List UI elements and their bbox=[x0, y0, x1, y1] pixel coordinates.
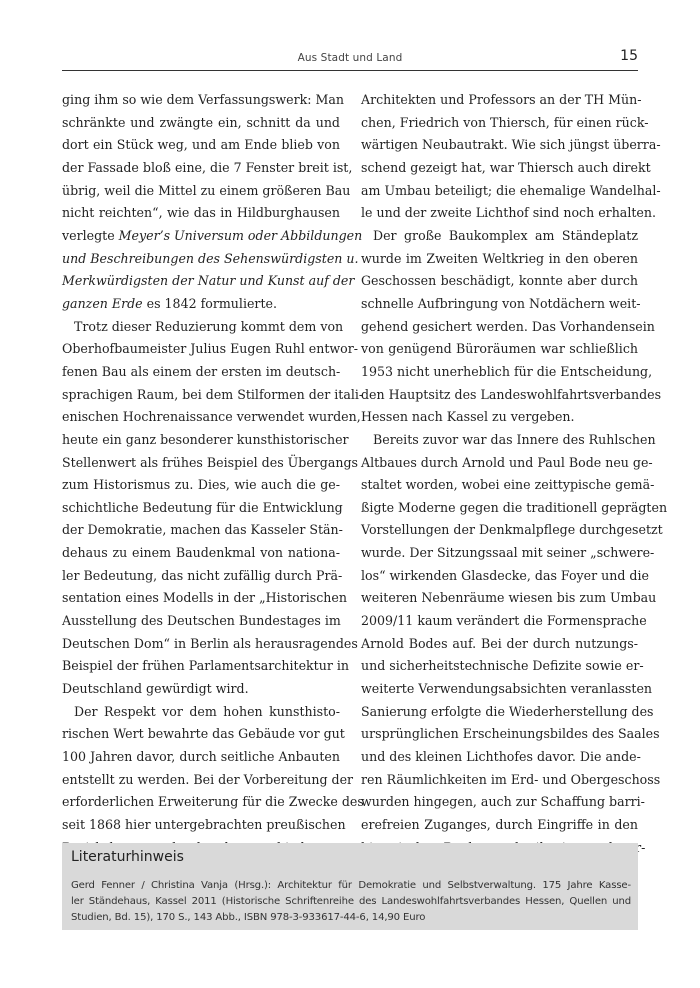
text-line: Hessen nach Kassel zu vergeben. bbox=[361, 406, 638, 429]
paragraph: Bereits zuvor war das Innere des Ruhlsch… bbox=[361, 429, 638, 452]
text-line: und Beschreibungen des Sehenswürdigsten … bbox=[62, 248, 340, 271]
text-line: dehaus zu einem Baudenkmal von nationa- bbox=[62, 542, 340, 565]
text-line: Beispiel der frühen Parlamentsarchitektu… bbox=[62, 655, 340, 678]
text-line: wurde im Zweiten Weltkrieg in den oberen bbox=[361, 248, 638, 271]
text-line: enischen Hochrenaissance verwendet wurde… bbox=[62, 406, 340, 429]
literature-reference: Gerd Fenner / Christina Vanja (Hrsg.): A… bbox=[71, 878, 631, 926]
header-rule bbox=[62, 70, 638, 71]
text-line: los“ wirkenden Glasdecke, das Foyer und … bbox=[361, 565, 638, 588]
text-line: Bereits zuvor war das Innere des Ruhlsch… bbox=[373, 429, 638, 452]
page-number: 15 bbox=[620, 48, 638, 64]
text-line: Der große Baukomplex am Ständeplatz bbox=[373, 225, 638, 248]
text-line: Merkwürdigsten der Natur und Kunst auf d… bbox=[62, 270, 340, 293]
document-page: Aus Stadt und Land 15 ging ihm so wie de… bbox=[0, 0, 700, 988]
text-line: le und der zweite Lichthof sind noch erh… bbox=[361, 202, 638, 225]
text-line: rischen Wert bewahrte das Gebäude vor gu… bbox=[62, 723, 340, 746]
text-line: 1953 nicht unerheblich für die Entscheid… bbox=[361, 361, 638, 384]
text-line: Altbaues durch Arnold und Paul Bode neu … bbox=[361, 452, 638, 475]
text-line: schränkte und zwängte ein, schnitt da un… bbox=[62, 112, 340, 135]
text-line: Vorstellungen der Denkmalpflege durchges… bbox=[361, 519, 638, 542]
text-line: Stellenwert als frühes Beispiel des Über… bbox=[62, 452, 340, 475]
text-line: nicht reichten“, wie das in Hildburghaus… bbox=[62, 202, 340, 225]
text-line: gehend gesichert werden. Das Vorhandense… bbox=[361, 316, 638, 339]
running-header: Aus Stadt und Land 15 bbox=[62, 48, 638, 68]
text-line: der Demokratie, machen das Kasseler Stän… bbox=[62, 519, 340, 542]
running-title: Aus Stadt und Land bbox=[62, 52, 638, 64]
literature-box: Literaturhinweis Gerd Fenner / Christina… bbox=[62, 843, 638, 930]
paragraph: Trotz dieser Reduzierung kommt dem von bbox=[62, 316, 340, 339]
text-line: ßigte Moderne gegen die traditionell gep… bbox=[361, 497, 638, 520]
text-line: Geschossen beschädigt, konnte aber durch bbox=[361, 270, 638, 293]
text-line: erforderlichen Erweiterung für die Zweck… bbox=[62, 791, 340, 814]
text-line: wärtigen Neubautrakt. Wie sich jüngst üb… bbox=[361, 134, 638, 157]
text-line: Architekten und Professors an der TH Mün… bbox=[361, 89, 638, 112]
paragraph: Altbaues durch Arnold und Paul Bode neu … bbox=[361, 452, 638, 905]
text-line: 100 Jahren davor, durch seitliche Anbaut… bbox=[62, 746, 340, 769]
text-line: Trotz dieser Reduzierung kommt dem von bbox=[74, 316, 340, 339]
paragraph: ging ihm so wie dem Verfassungswerk: Man… bbox=[62, 89, 340, 316]
text-line: der Fassade bloß eine, die 7 Fenster bre… bbox=[62, 157, 340, 180]
text-line: und des kleinen Lichthofes davor. Die an… bbox=[361, 746, 638, 769]
text-line: ursprünglichen Erscheinungsbildes des Sa… bbox=[361, 723, 638, 746]
text-line: Oberhofbaumeister Julius Eugen Ruhl entw… bbox=[62, 338, 340, 361]
text-line: Der Respekt vor dem hohen kunsthisto- bbox=[74, 701, 340, 724]
text-line: und sicherheitstechnische Defizite sowie… bbox=[361, 655, 638, 678]
text-line: ler Bedeutung, das nicht zufällig durch … bbox=[62, 565, 340, 588]
text-line: entstellt zu werden. Bei der Vorbereitun… bbox=[62, 769, 340, 792]
book-title: Merkwürdigsten der Natur und Kunst auf d… bbox=[62, 273, 354, 288]
literature-heading: Literaturhinweis bbox=[71, 849, 184, 865]
text-line: sentation eines Modells in der „Historis… bbox=[62, 587, 340, 610]
text-line: ren Räumlichkeiten im Erd- und Obergesch… bbox=[361, 769, 638, 792]
text-line: von genügend Büroräumen war schließlich bbox=[361, 338, 638, 361]
text-line: dort ein Stück weg, und am Ende blieb vo… bbox=[62, 134, 340, 157]
text-line: heute ein ganz besonderer kunsthistorisc… bbox=[62, 429, 340, 452]
text-line: übrig, weil die Mittel zu einem größeren… bbox=[62, 180, 340, 203]
text-line: erefreien Zuganges, durch Eingriffe in d… bbox=[361, 814, 638, 837]
text-line: schend gezeigt hat, war Thiersch auch di… bbox=[361, 157, 638, 180]
paragraph: Oberhofbaumeister Julius Eugen Ruhl entw… bbox=[62, 338, 340, 701]
text-line: seit 1868 hier untergebrachten preußisch… bbox=[62, 814, 340, 837]
text-line: Deutschen Dom“ in Berlin als herausragen… bbox=[62, 633, 340, 656]
text-line: Gerd Fenner / Christina Vanja (Hrsg.): A… bbox=[71, 878, 631, 894]
book-title: ganzen Erde bbox=[62, 296, 143, 311]
text-line: am Umbau beteiligt; die ehemalige Wandel… bbox=[361, 180, 638, 203]
paragraph: Der große Baukomplex am Ständeplatz bbox=[361, 225, 638, 248]
text-line: zum Historismus zu. Dies, wie auch die g… bbox=[62, 474, 340, 497]
paragraph: wurde im Zweiten Weltkrieg in den oberen… bbox=[361, 248, 638, 429]
text-line: weiteren Nebenräume wiesen bis zum Umbau bbox=[361, 587, 638, 610]
text-line: den Hauptsitz des Landeswohlfahrtsverban… bbox=[361, 384, 638, 407]
text-line: chen, Friedrich von Thiersch, für einen … bbox=[361, 112, 638, 135]
text-line: ging ihm so wie dem Verfassungswerk: Man bbox=[62, 89, 340, 112]
text-line: wurde. Der Sitzungssaal mit seiner „schw… bbox=[361, 542, 638, 565]
paragraph: Der Respekt vor dem hohen kunsthisto- bbox=[62, 701, 340, 724]
text-line: fenen Bau als einem der ersten im deutsc… bbox=[62, 361, 340, 384]
text-line: schnelle Aufbringung von Notdächern weit… bbox=[361, 293, 638, 316]
text-line: wurden hingegen, auch zur Schaffung barr… bbox=[361, 791, 638, 814]
text-line: weiterte Verwendungsabsichten veranlasst… bbox=[361, 678, 638, 701]
book-title: und Beschreibungen des Sehenswürdigsten … bbox=[62, 251, 359, 266]
text-line: sprachigen Raum, bei dem Stilformen der … bbox=[62, 384, 340, 407]
left-column: ging ihm so wie dem Verfassungswerk: Man… bbox=[62, 89, 340, 905]
text-line: verlegte Meyer’s Universum oder Abbildun… bbox=[62, 225, 340, 248]
text-line: Ausstellung des Deutschen Bundestages im bbox=[62, 610, 340, 633]
paragraph: Architekten und Professors an der TH Mün… bbox=[361, 89, 638, 225]
text-line: staltet worden, wobei eine zeittypische … bbox=[361, 474, 638, 497]
text-line: schichtliche Bedeutung für die Entwicklu… bbox=[62, 497, 340, 520]
text-line: Arnold Bodes auf. Bei der durch nutzungs… bbox=[361, 633, 638, 656]
book-title: Meyer’s Universum oder Abbildungen bbox=[119, 228, 363, 243]
text-line: Deutschland gewürdigt wird. bbox=[62, 678, 340, 701]
text-line: Studien, Bd. 15), 170 S., 143 Abb., ISBN… bbox=[71, 910, 631, 926]
right-column: Architekten und Professors an der TH Mün… bbox=[361, 89, 638, 905]
text-line: 2009/11 kaum verändert die Formensprache bbox=[361, 610, 638, 633]
text-line: ler Ständehaus, Kassel 2011 (Historische… bbox=[71, 894, 631, 910]
text-line: ganzen Erde es 1842 formulierte. bbox=[62, 293, 340, 316]
text-line: Sanierung erfolgte die Wiederherstellung… bbox=[361, 701, 638, 724]
